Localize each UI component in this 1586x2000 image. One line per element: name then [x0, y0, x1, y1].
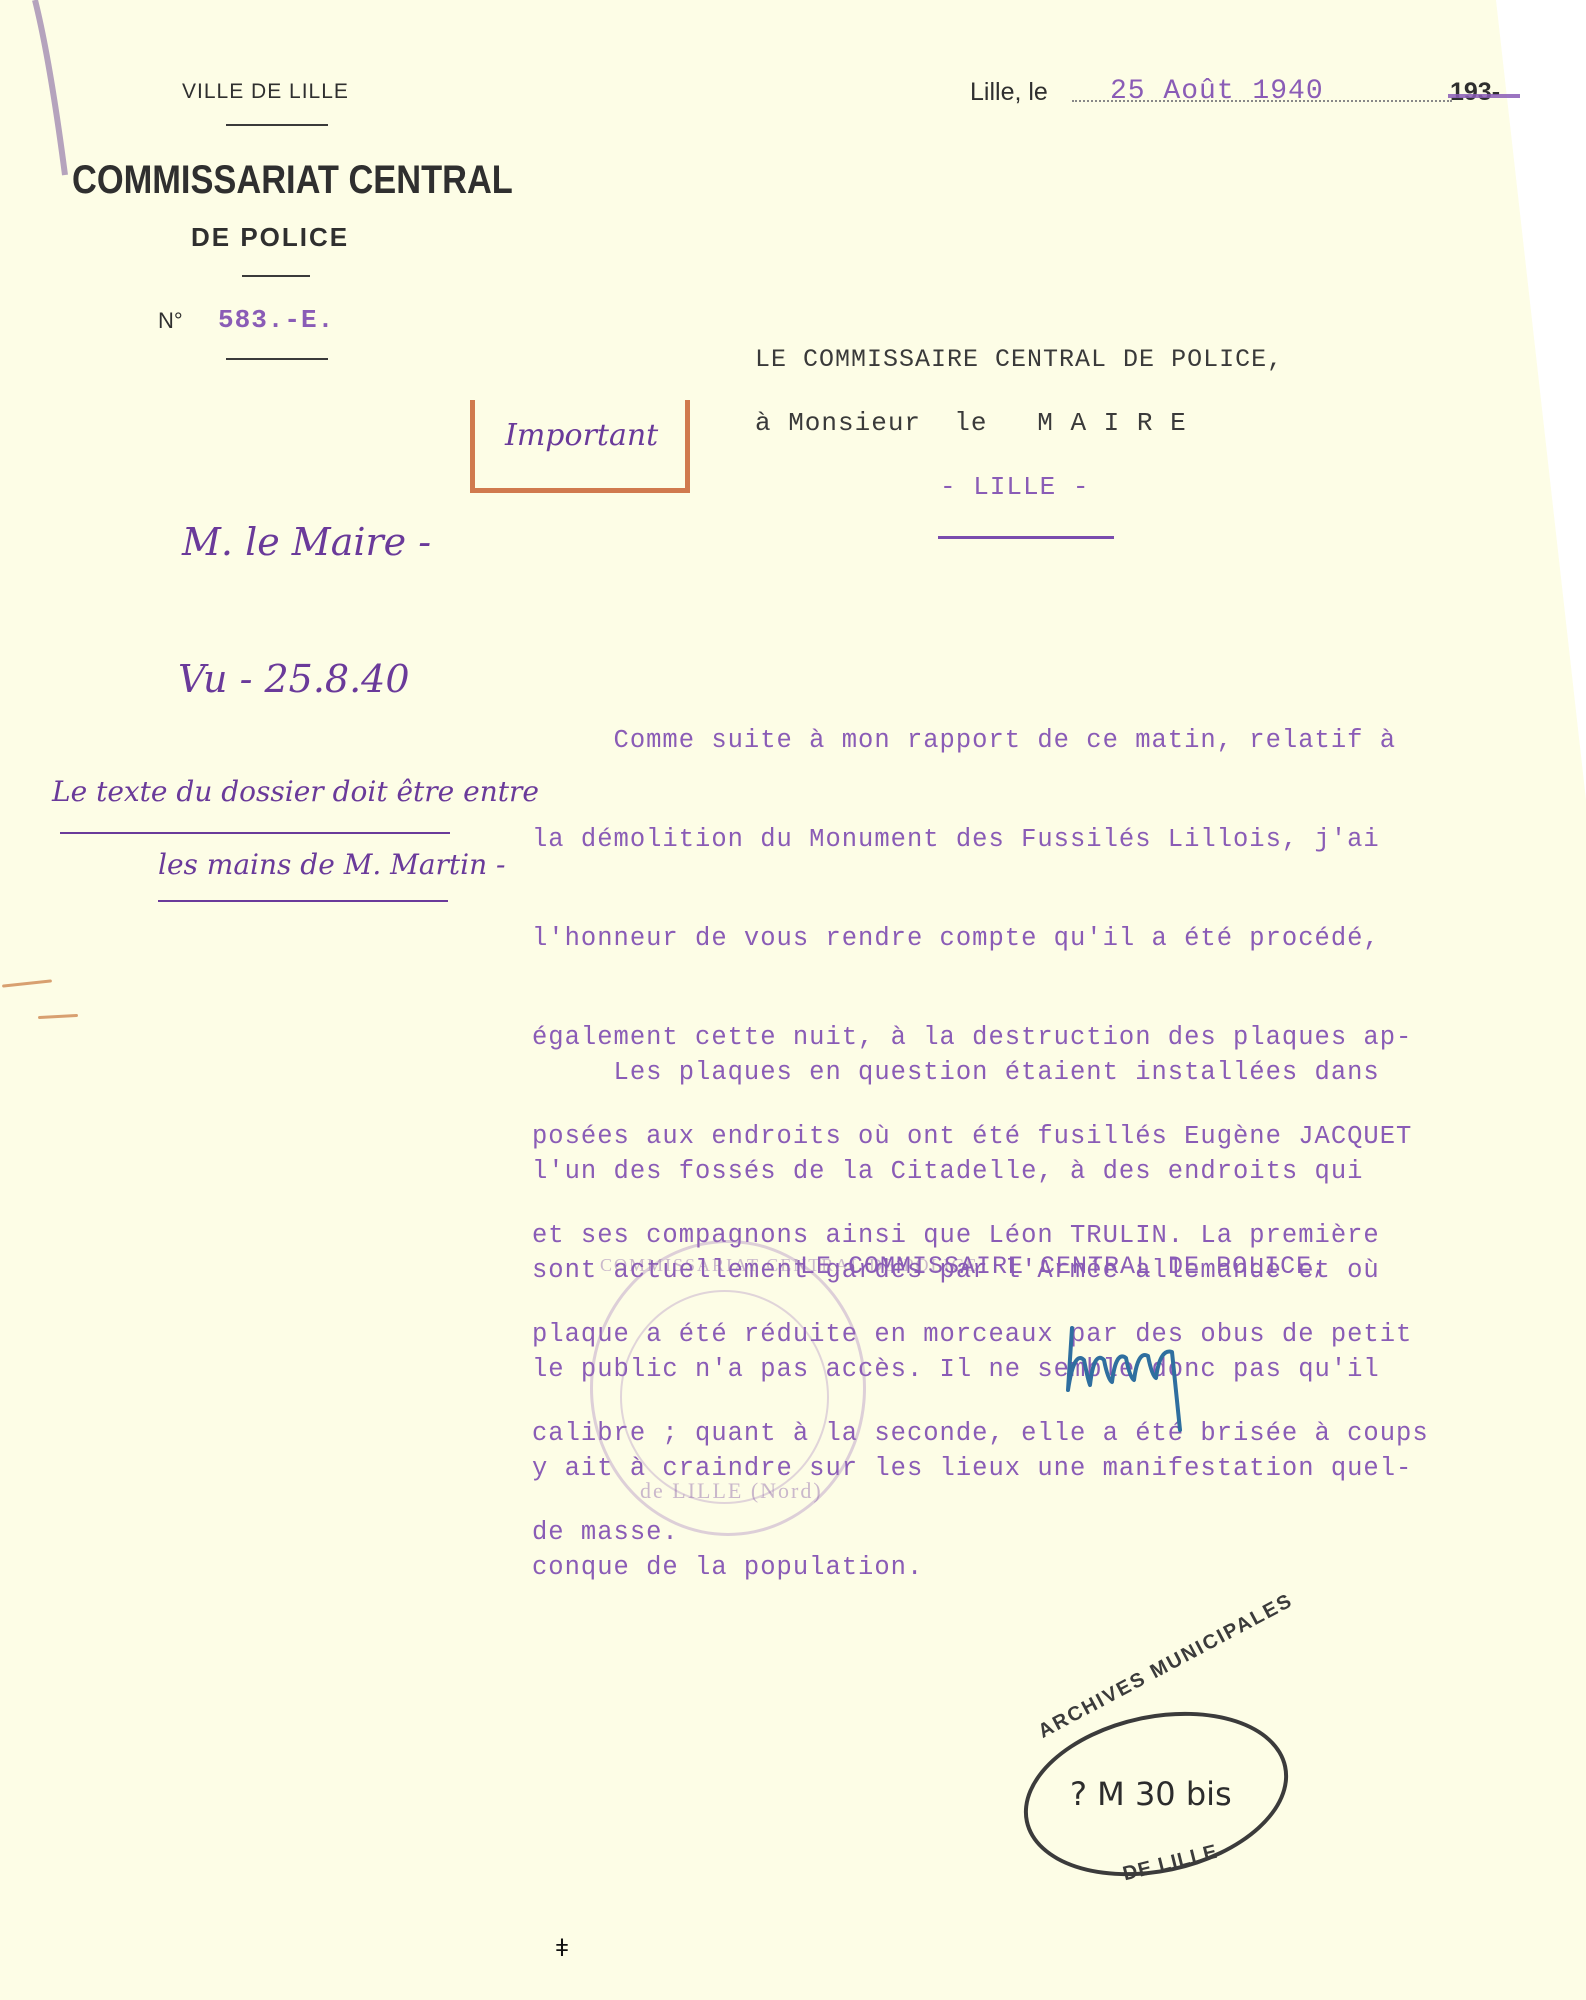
letterhead-office-sub: DE POLICE: [191, 222, 349, 253]
body-line: Comme suite à mon rapport de ce matin, r…: [532, 724, 1429, 757]
body-line: l'honneur de vous rendre compte qu'il a …: [532, 922, 1429, 955]
closing-title: LE COMMISSAIRE CENTRAL DE POLICE,: [800, 1252, 1328, 1281]
printed-year-prefix: 193-: [1450, 78, 1500, 107]
letterhead-city: VILLE DE LILLE: [182, 80, 349, 104]
addressee-line: à Monsieur le M A I R E: [755, 408, 1187, 438]
body-line: l'un des fossés de la Citadelle, à des e…: [532, 1155, 1412, 1188]
reference-number-label: N°: [158, 308, 183, 334]
body-line: Les plaques en question étaient installé…: [532, 1056, 1412, 1089]
body-line: conque de la population.: [532, 1551, 1412, 1584]
letterhead-divider: [226, 358, 328, 360]
reference-number-value: 583.-E.: [218, 305, 334, 335]
handwritten-underline: [158, 900, 448, 902]
dateline-label: Lille, le: [970, 78, 1048, 107]
letterhead-office: COMMISSARIAT CENTRAL: [72, 158, 513, 203]
dateline-date: 25 Août 1940: [1110, 76, 1324, 107]
rust-stain: [38, 1014, 78, 1019]
handwritten-note-mayor: M. le Maire -: [182, 520, 431, 564]
handwritten-note-instruction-2: les mains de M. Martin -: [158, 848, 506, 881]
letterhead-divider: [226, 124, 328, 126]
handwritten-note-seen-date: Vu - 25.8.40: [178, 657, 410, 701]
important-annotation: Important: [505, 418, 658, 453]
handwritten-note-instruction-1: Le texte du dossier doit être entre: [52, 775, 539, 808]
ink-mark: ǂ: [555, 1935, 569, 1963]
year-strikethrough: [1448, 94, 1520, 98]
rust-stain: [2, 979, 52, 987]
sender-title: LE COMMISSAIRE CENTRAL DE POLICE,: [755, 345, 1283, 374]
seal-text-bottom: de LILLE (Nord): [640, 1478, 823, 1504]
handwritten-underline: [60, 832, 450, 834]
police-seal-inner-ring: [620, 1290, 829, 1504]
signature-icon: [1060, 1320, 1260, 1450]
letterhead-divider: [242, 275, 310, 277]
body-line: la démolition du Monument des Fussilés L…: [532, 823, 1429, 856]
archive-reference: ? M 30 bis: [1070, 1775, 1232, 1813]
addressee-underline: [938, 536, 1114, 539]
margin-crayon-stroke: [30, 0, 70, 180]
addressee-city: - LILLE -: [940, 472, 1089, 502]
